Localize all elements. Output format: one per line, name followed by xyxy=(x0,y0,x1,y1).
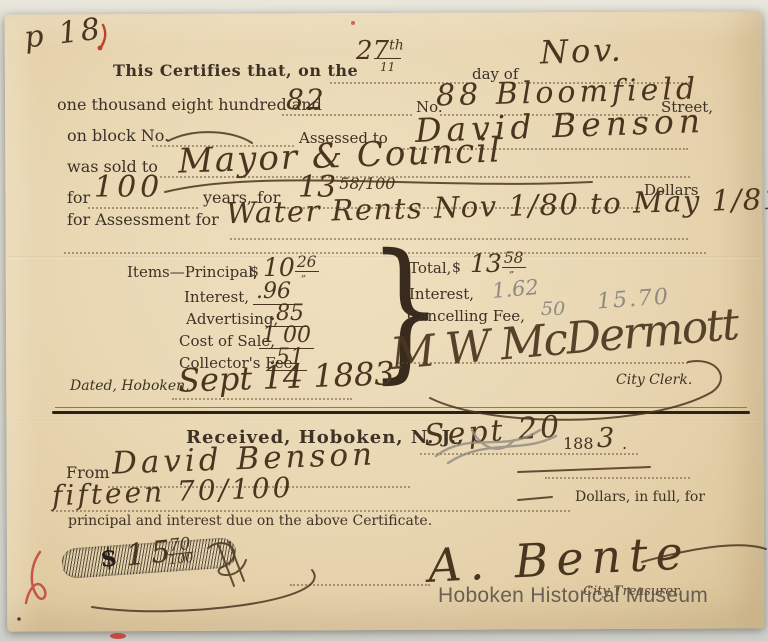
years-value: 100 xyxy=(94,170,163,205)
total-label: Total, xyxy=(409,259,451,277)
stamp-fraction-value: 70 100 xyxy=(167,537,195,567)
clerk-title: City Clerk. xyxy=(616,372,692,388)
certify-label: This Certifies that, on the xyxy=(113,61,358,80)
receipt-body-text: principal and interest due on the above … xyxy=(68,513,432,529)
pencil-interest-value: 1.62 xyxy=(491,275,540,303)
assessment-label: for Assessment for xyxy=(67,210,219,229)
year-printed: 188 xyxy=(563,434,594,453)
dated-label: Dated, Hoboken, xyxy=(70,378,190,394)
year-prefix-label: one thousand eight hundred and xyxy=(57,95,322,114)
ditto-mark: „ xyxy=(301,268,306,279)
month-value: Nov. xyxy=(539,31,624,72)
fold-crease xyxy=(8,420,760,422)
ditto-mark: „ xyxy=(509,264,514,275)
period: . xyxy=(622,434,627,453)
principal-value: 1026 xyxy=(263,253,319,282)
for-label: for xyxy=(67,188,90,207)
total-value: 1358 xyxy=(470,249,526,278)
items-header-label: Items—Principal, xyxy=(127,263,258,281)
total-currency: $ xyxy=(452,260,461,276)
scanned-certificate: p 18 This Certifies that, on the 27th 11… xyxy=(0,0,768,641)
stamp-currency: $ xyxy=(99,542,118,572)
block-label: on block No. xyxy=(67,126,169,145)
totals-interest-label: Interest, xyxy=(409,285,474,303)
museum-watermark: Hoboken Historical Museum xyxy=(438,584,708,608)
dollars-in-full-label: Dollars, in full, for xyxy=(575,489,705,505)
year-value: 82 xyxy=(286,83,326,116)
year-digit-value: 3 xyxy=(597,423,614,454)
red-smudge xyxy=(110,633,126,639)
items-currency: $ xyxy=(250,264,259,280)
day-note: 11 xyxy=(374,58,401,74)
item-label: Interest, xyxy=(184,288,249,306)
dated-value: Sept 14 1883 xyxy=(177,354,395,400)
